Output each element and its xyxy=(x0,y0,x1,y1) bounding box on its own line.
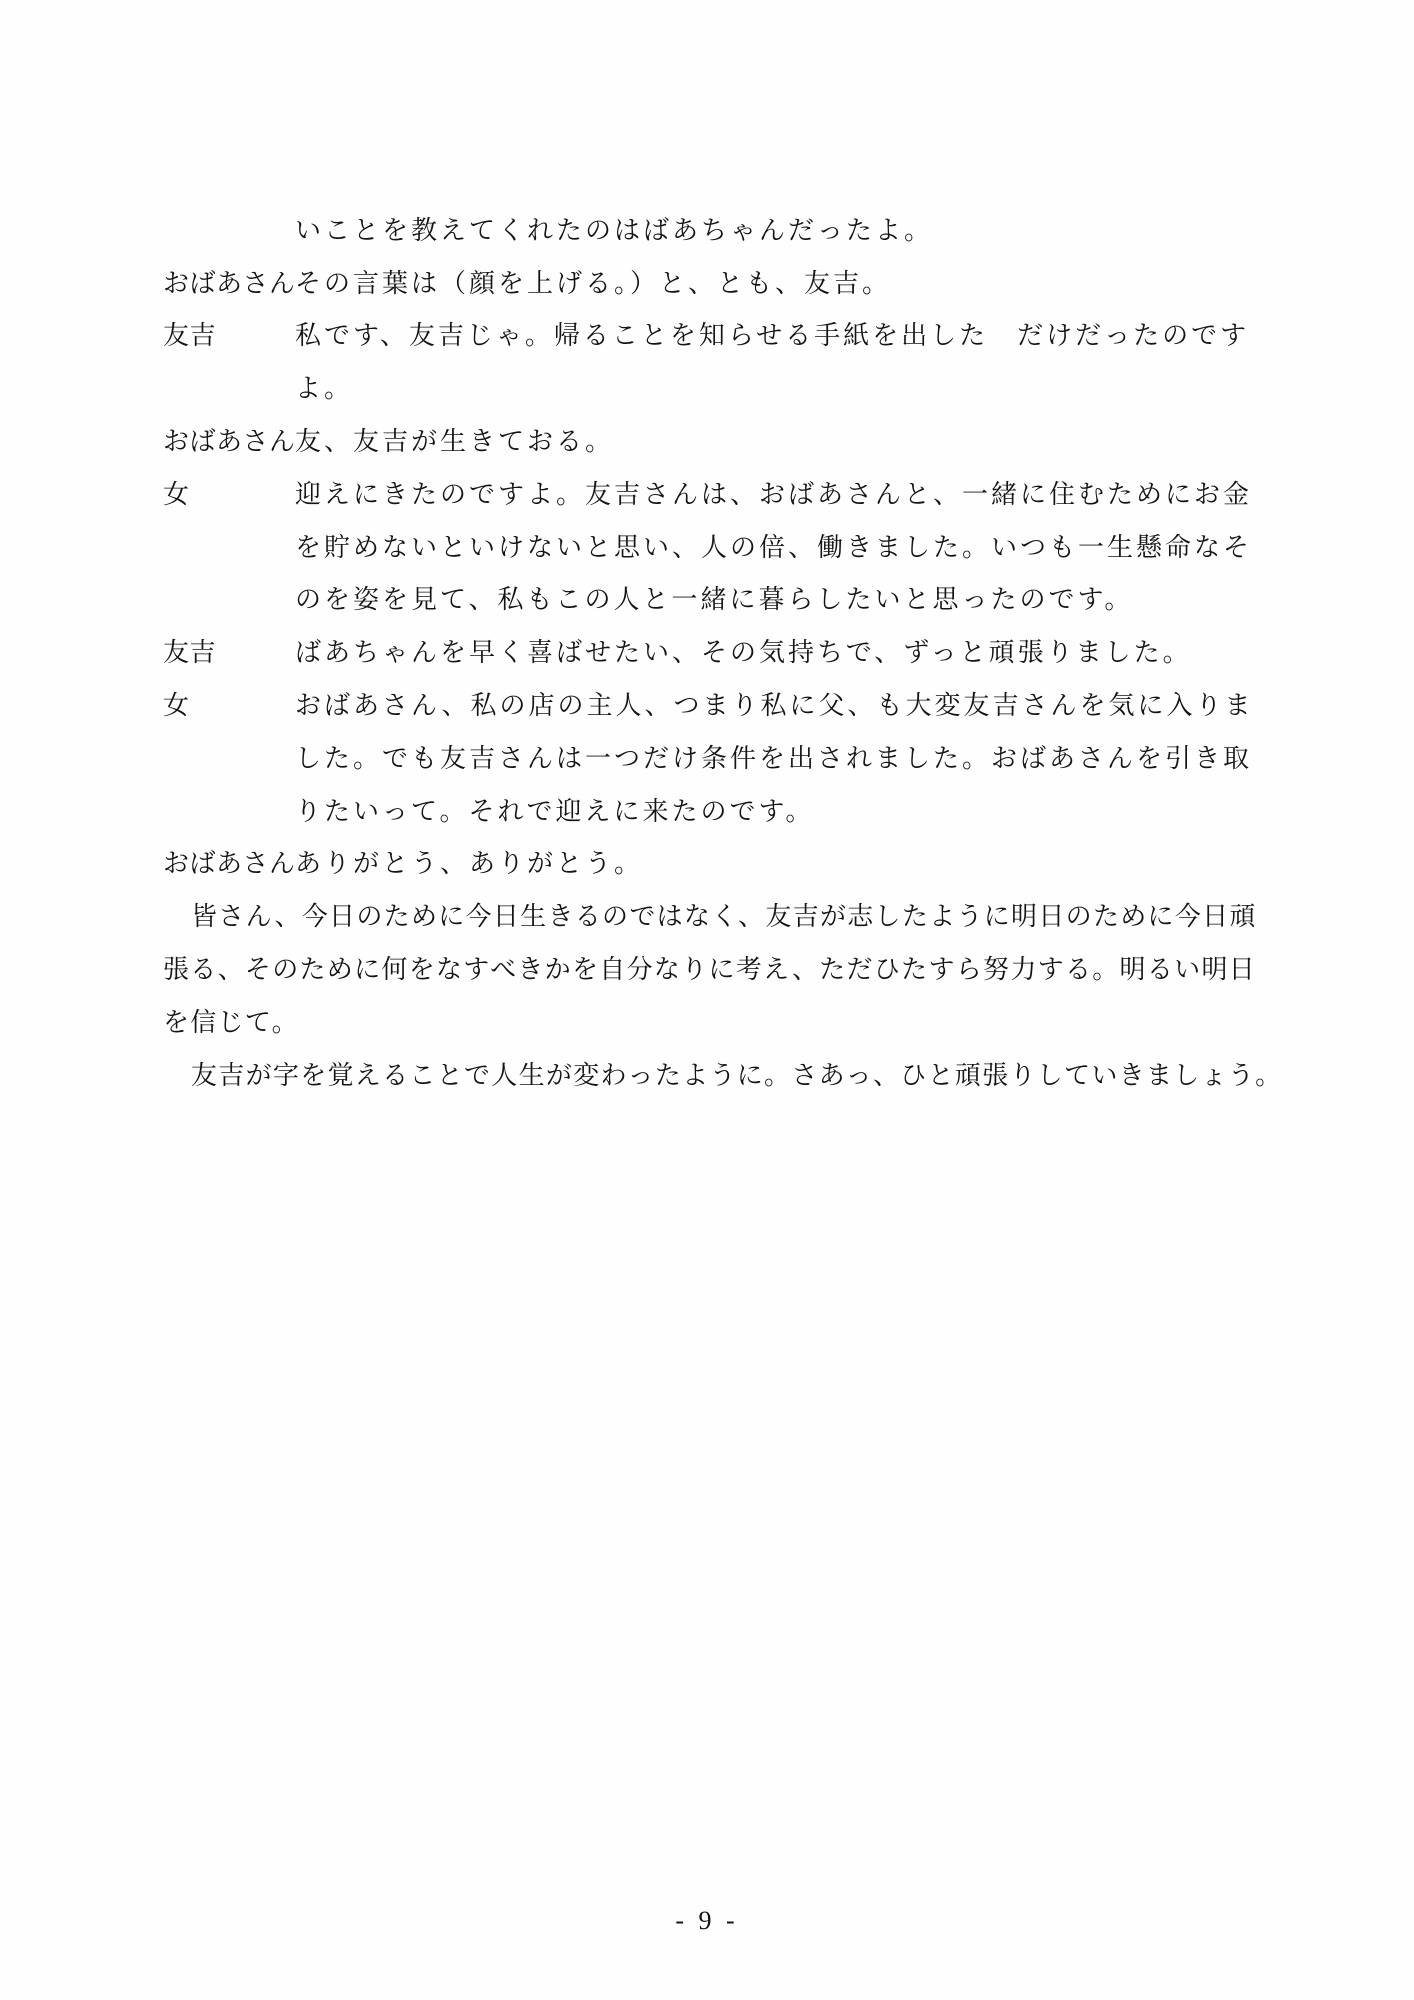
script-row: りたいって。それで迎えに来たのです。 xyxy=(163,783,1258,836)
speaker-name: おばあさん xyxy=(163,843,295,880)
dialogue-text: いことを教えてくれたのはばあちゃんだったよ。 xyxy=(295,210,1258,247)
speaker-name: 友吉 xyxy=(163,632,295,669)
dialogue-text: ばあちゃんを早く喜ばせたい、その気持ちで、ずっと頑張りました。 xyxy=(295,632,1258,669)
script-row: おばあさん 友、友吉が生きておる。 xyxy=(163,413,1258,466)
script-row: いことを教えてくれたのはばあちゃんだったよ。 xyxy=(163,202,1258,255)
speaker-name: 友吉 xyxy=(163,315,295,352)
script-row: 女 迎えにきたのですよ。友吉さんは、おばあさんと、一緒に住むためにお金 xyxy=(163,466,1258,519)
dialogue-text: よ。 xyxy=(295,368,1258,405)
dialogue-text: のを姿を見て、私もこの人と一緒に暮らしたいと思ったのです。 xyxy=(295,579,1258,616)
dialogue-text: 迎えにきたのですよ。友吉さんは、おばあさんと、一緒に住むためにお金 xyxy=(295,474,1258,511)
dialogue-text: を貯めないといけないと思い、人の倍、働きました。いつも一生懸命なそ xyxy=(295,527,1258,564)
speaker-name: おばあさん xyxy=(163,421,295,458)
script-row: 友吉 ばあちゃんを早く喜ばせたい、その気持ちで、ずっと頑張りました。 xyxy=(163,624,1258,677)
script-row: のを姿を見て、私もこの人と一緒に暮らしたいと思ったのです。 xyxy=(163,572,1258,625)
narration-line: 皆さん、今日のために今日生きるのではなく、友吉が志したように明日のために今日頑 xyxy=(163,888,1258,941)
dialogue-text: した。でも友吉さんは一つだけ条件を出されました。おばあさんを引き取 xyxy=(295,738,1258,775)
narration-line: 友吉が字を覚えることで人生が変わったように。さあっ、ひと頑張りしていきましょう。 xyxy=(163,1047,1258,1100)
dialogue-text: ありがとう、ありがとう。 xyxy=(295,843,1258,880)
script-row: よ。 xyxy=(163,360,1258,413)
script-row: 女 おばあさん、私の店の主人、つまり私に父、も大変友吉さんを気に入りま xyxy=(163,677,1258,730)
narration-line: 張る、そのために何をなすべきかを自分なりに考え、ただひたすら努力する。明るい明日 xyxy=(163,941,1258,994)
script-row: おばあさん ありがとう、ありがとう。 xyxy=(163,836,1258,889)
dialogue-text: おばあさん、私の店の主人、つまり私に父、も大変友吉さんを気に入りま xyxy=(295,685,1258,722)
speaker-name: 女 xyxy=(163,685,295,722)
dialogue-text: 友、友吉が生きておる。 xyxy=(295,421,1258,458)
script-row: を貯めないといけないと思い、人の倍、働きました。いつも一生懸命なそ xyxy=(163,519,1258,572)
script-row: 友吉 私です、友吉じゃ。帰ることを知らせる手紙を出した だけだったのです xyxy=(163,308,1258,361)
speaker-name: おばあさん xyxy=(163,263,295,300)
script-content: いことを教えてくれたのはばあちゃんだったよ。 おばあさん その言葉は（顔を上げる… xyxy=(163,202,1258,1100)
script-row: した。でも友吉さんは一つだけ条件を出されました。おばあさんを引き取 xyxy=(163,730,1258,783)
speaker-name: 女 xyxy=(163,474,295,511)
document-page: いことを教えてくれたのはばあちゃんだったよ。 おばあさん その言葉は（顔を上げる… xyxy=(0,0,1414,2000)
script-row: おばあさん その言葉は（顔を上げる。）と、とも、友吉。 xyxy=(163,255,1258,308)
page-number: - 9 - xyxy=(0,1906,1414,1936)
narration-line: を信じて。 xyxy=(163,994,1258,1047)
dialogue-text: りたいって。それで迎えに来たのです。 xyxy=(295,791,1258,828)
dialogue-text: その言葉は（顔を上げる。）と、とも、友吉。 xyxy=(295,263,1258,300)
dialogue-text: 私です、友吉じゃ。帰ることを知らせる手紙を出した だけだったのです xyxy=(295,315,1258,352)
